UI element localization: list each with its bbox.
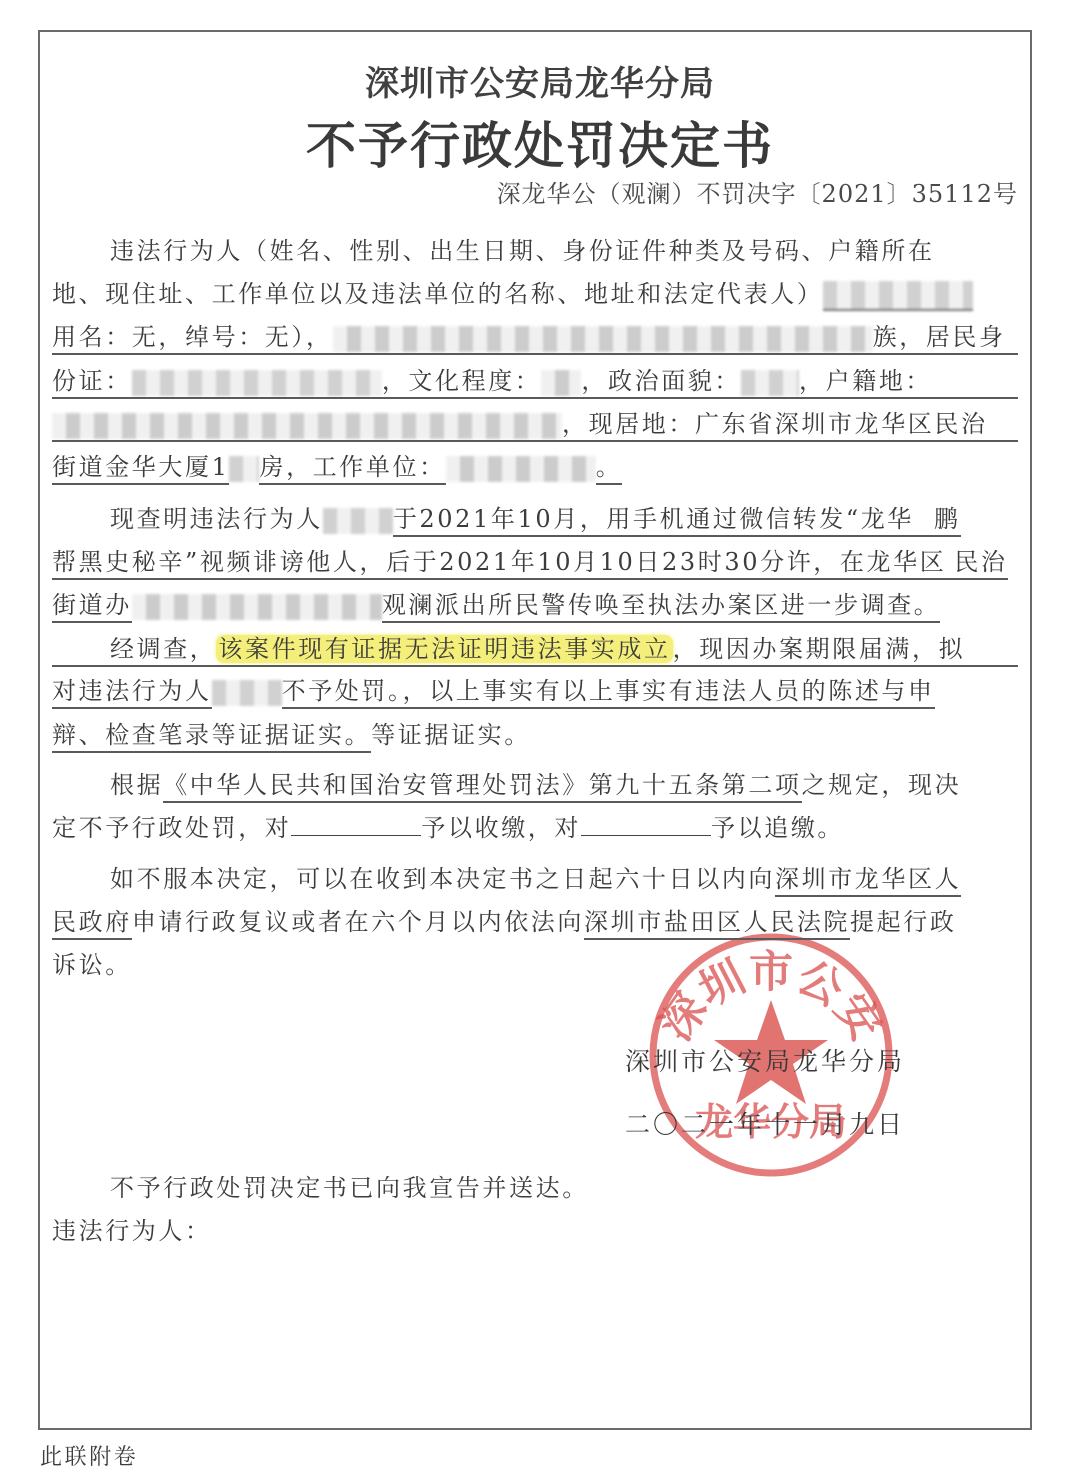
document-number: 深龙华公（观澜）不罚决字〔2021〕35112号 xyxy=(497,174,1018,209)
p1-text: 族，居民身 xyxy=(873,323,1006,355)
p3-text: ，现因办案期限届满，拟 xyxy=(673,635,966,663)
p2-text: 民治 xyxy=(946,548,1007,580)
copy-note: 此联附卷 xyxy=(40,1440,138,1471)
p3-text: 对违法行为人 xyxy=(52,677,212,709)
p2-text: 帮黑史秘辛”视频诽谤他人，后于2021年10月10日23时30分许，在龙华区 xyxy=(52,548,946,580)
p1-text: 违法行为人（姓名、性别、出生日期、身份证件种类及号码、户籍所在 xyxy=(52,237,935,265)
underline xyxy=(52,353,1018,355)
p5-text: 如不服本决定，可以在收到本决定书之日起六十日以内向 xyxy=(52,865,775,893)
redacted-location xyxy=(132,594,382,620)
signature-agency: 深圳市公安局龙华分局 xyxy=(625,1042,905,1078)
p2-text: 现查明违法行为人 xyxy=(52,505,323,533)
offender-signature-label: 违法行为人： xyxy=(52,1211,212,1246)
p4-text: 之规定，现决 xyxy=(802,771,962,799)
signature-date: 二〇二一年十一月九日 xyxy=(625,1105,905,1141)
redacted-political-status xyxy=(741,370,799,396)
p5-text: 提起行政 xyxy=(850,908,956,936)
p5-line3: 诉讼。 xyxy=(52,944,1020,987)
p2-text: 于2021年10月，用手机通过微信转发“龙华 xyxy=(393,505,914,537)
p3-line3: 辩、检查笔录等证据证实。等证据证实。 xyxy=(52,714,1020,757)
p3-text: 辩、检查笔录等证据证实。 xyxy=(52,721,371,753)
p2-text: 街道办 xyxy=(52,591,132,623)
p2-line1: 现查明违法行为人于2021年10月，用手机通过微信转发“龙华鹏 xyxy=(52,498,1020,541)
redacted-household-address xyxy=(52,413,562,439)
p1-text: ，文化程度： xyxy=(382,367,542,399)
p1-text: 房，工作单位： xyxy=(259,453,445,485)
redacted-name xyxy=(323,508,393,534)
p1-text: ，户籍地： xyxy=(799,367,932,399)
p4-text: 定不予行政处罚，对 xyxy=(52,814,291,842)
underline xyxy=(52,440,1018,442)
court-name: 深圳市盐田区人民法院 xyxy=(584,908,850,940)
p1-line1: 违法行为人（姓名、性别、出生日期、身份证件种类及号码、户籍所在 xyxy=(52,230,1020,273)
p2-line3: 街道办观澜派出所民警传唤至执法办案区进一步调查。 xyxy=(52,584,1020,627)
p1-text: 。 xyxy=(596,453,623,485)
p5-text: 诉讼。 xyxy=(52,951,132,979)
p5-text: 民政府 xyxy=(52,908,132,940)
redacted-id-number xyxy=(132,370,382,396)
p2-text: 观澜派出所民警传唤至执法办案区进一步调查。 xyxy=(382,591,941,623)
p1-text: 用名：无，绰号：无）， xyxy=(52,323,333,355)
p1-text: 地、现住址、工作单位以及违法单位的名称、地址和法定代表人） xyxy=(52,280,823,308)
redacted-name xyxy=(212,680,282,706)
law-citation: 《中华人民共和国治安管理处罚法》第九十五条第二项 xyxy=(163,771,801,803)
redacted-education xyxy=(541,370,581,396)
recovery-blank xyxy=(581,811,711,836)
p1-text: 份证： xyxy=(52,367,132,399)
p1-text: ，现居地：广东省深圳市龙华区民治 xyxy=(562,410,988,442)
p1-line2: 地、现住址、工作单位以及违法单位的名称、地址和法定代表人） xyxy=(52,273,1020,316)
underline xyxy=(52,665,1018,667)
p4-line1: 根据《中华人民共和国治安管理处罚法》第九十五条第二项之规定，现决 xyxy=(52,764,1020,807)
agency-title: 深圳市公安局龙华分局 xyxy=(0,56,1080,105)
acknowledgement-text: 不予行政处罚决定书已向我宣告并送达。 xyxy=(110,1168,589,1203)
p5-line2: 民政府申请行政复议或者在六个月以内依法向深圳市盐田区人民法院提起行政 xyxy=(52,901,1020,944)
redacted-employer xyxy=(446,456,596,482)
p3-text: 经调查， xyxy=(52,635,216,663)
p5-text: 深圳市龙华区人 xyxy=(775,865,961,897)
p4-text: 予以追缴。 xyxy=(711,814,844,842)
p3-line2: 对违法行为人不予处罚。，以上事实有以上事实有违法人员的陈述与申 xyxy=(52,670,1020,713)
p1-text: ，政治面貌： xyxy=(581,367,741,399)
confiscation-blank xyxy=(291,811,421,836)
p2-text: 鹏 xyxy=(914,505,961,537)
redacted-name xyxy=(823,281,973,311)
p1-line6: 街道金华大厦1房，工作单位：。 xyxy=(52,446,1020,489)
highlighted-finding: 该案件现有证据无法证明违法事实成立 xyxy=(216,635,672,663)
p5-line1: 如不服本决定，可以在收到本决定书之日起六十日以内向深圳市龙华区人 xyxy=(52,858,1020,901)
redacted-room xyxy=(229,456,259,482)
p2-line2: 帮黑史秘辛”视频诽谤他人，后于2021年10月10日23时30分许，在龙华区民治 xyxy=(52,541,1020,584)
document-title: 不予行政处罚决定书 xyxy=(0,106,1080,178)
p4-text: 予以收缴，对 xyxy=(421,814,581,842)
p3-text: 不予处罚。，以上事实有 xyxy=(282,677,563,709)
p5-text: 申请行政复议或者在六个月以内依法向 xyxy=(132,908,584,936)
p3-text: 等证据证实。 xyxy=(371,721,531,749)
p1-text: 街道金华大厦1 xyxy=(52,453,229,485)
underline xyxy=(52,397,1018,399)
p4-text: 根据 xyxy=(52,771,163,799)
p3-text: 以上事实有违法人员的陈述与申 xyxy=(562,677,934,709)
redacted-personal-info xyxy=(333,326,873,352)
p4-line2: 定不予行政处罚，对予以收缴，对予以追缴。 xyxy=(52,807,1020,850)
